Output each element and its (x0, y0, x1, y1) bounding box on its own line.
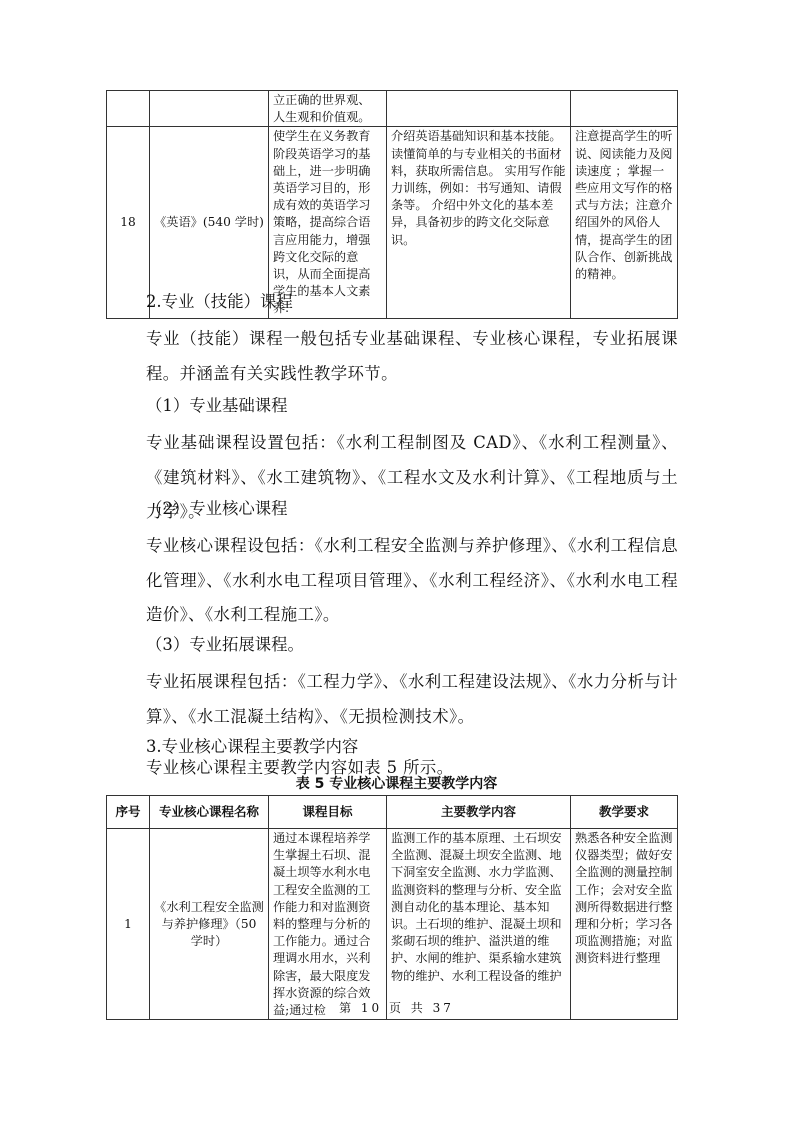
paragraph-text: 专业（技能）课程一般包括专业基础课程、专业核心课程，专业拓展课程。并涵盖有关实践… (113, 322, 678, 391)
section-heading-2-3: （3）专业拓展课程。 (146, 631, 304, 655)
core-course-table: 序号 专业核心课程名称 课程目标 主要教学内容 教学要求 1 《水利工程安全监测… (106, 795, 678, 1020)
cell-no (107, 91, 150, 127)
cell-requirement: 注意提高学生的听说、阅读能力及阅读速度 ；掌握一些应用文写作的格式与方法；注意介… (571, 127, 678, 318)
cell-no: 18 (107, 127, 150, 318)
cell-name: 《水利工程安全监测与养护修理》（50 学时） (150, 829, 269, 1020)
header-requirement: 教学要求 (571, 796, 678, 829)
table-caption: 表 5 专业核心课程主要教学内容 (0, 773, 793, 793)
cell-goal: 立正确的世界观、人生观和价值观。 (269, 91, 387, 127)
table-header-row: 序号 专业核心课程名称 课程目标 主要教学内容 教学要求 (107, 796, 678, 829)
header-no: 序号 (107, 796, 150, 829)
section-body-2: 专业（技能）课程一般包括专业基础课程、专业核心课程，专业拓展课程。并涵盖有关实践… (113, 322, 678, 391)
cell-requirement: 熟悉各种安全监测仪器类型；做好安全监测的测量控制工作；会对安全监测所得数据进行整… (571, 829, 678, 1020)
paragraph-text: 专业核心课程设包括：《水利工程安全监测与养护修理》、《水利工程信息化管理》、《水… (113, 529, 678, 633)
cell-content: 监测工作的基本原理、土石坝安全监测、混凝土坝安全监测、地下洞室安全监测、水力学监… (387, 829, 571, 1020)
table-row: 1 《水利工程安全监测与养护修理》（50 学时） 通过本课程培养学生掌握土石坝、… (107, 829, 678, 1020)
section-heading-2: 2.专业（技能）课程 (146, 288, 293, 312)
header-name: 专业核心课程名称 (150, 796, 269, 829)
section-heading-2-2: （2）专业核心课程 (146, 495, 288, 519)
section-body-2-3: 专业拓展课程包括：《工程力学》、《水利工程建设法规》、《水力分析与计算》、《水工… (113, 665, 678, 734)
cell-requirement (571, 91, 678, 127)
cell-goal: 通过本课程培养学生掌握土石坝、混凝土坝等水利水电工程安全监测的工作能力和对监测资… (269, 829, 387, 1020)
paragraph-text: 专业拓展课程包括：《工程力学》、《水利工程建设法规》、《水力分析与计算》、《水工… (113, 665, 678, 734)
cell-content (387, 91, 571, 127)
header-goal: 课程目标 (269, 796, 387, 829)
cell-no: 1 (107, 829, 150, 1020)
section-heading-2-1: （1）专业基础课程 (146, 392, 288, 416)
cell-name (150, 91, 269, 127)
header-content: 主要教学内容 (387, 796, 571, 829)
page-number: 第 10 页 共 37 (0, 999, 793, 1016)
document-page: 立正确的世界观、人生观和价值观。 18 《英语》(540 学时) 使学生在义务教… (0, 0, 793, 1122)
cell-content: 介绍英语基础知识和基本技能。读懂简单的与专业相关的书面材料，获取所需信息。 实用… (387, 127, 571, 318)
course-table-continued: 立正确的世界观、人生观和价值观。 18 《英语》(540 学时) 使学生在义务教… (106, 90, 678, 319)
section-body-2-2: 专业核心课程设包括：《水利工程安全监测与养护修理》、《水利工程信息化管理》、《水… (113, 529, 678, 633)
table-row: 立正确的世界观、人生观和价值观。 (107, 91, 678, 127)
